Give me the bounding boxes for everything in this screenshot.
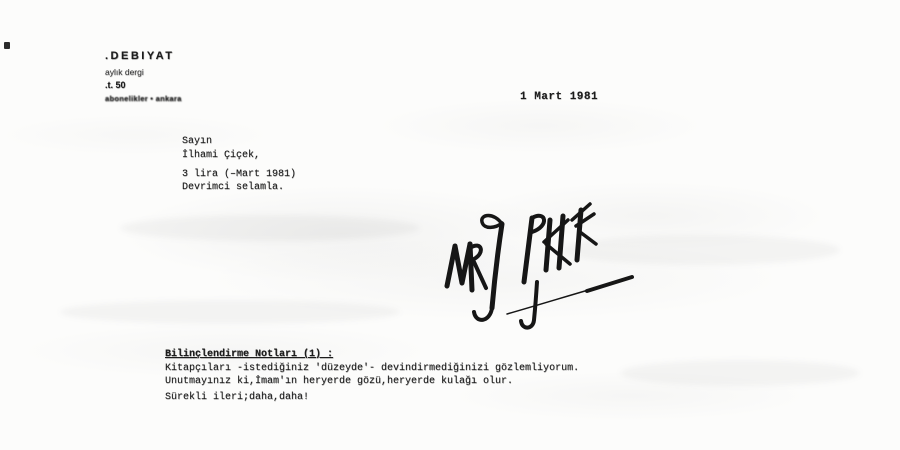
letterhead-subtitle: aylık dergi: [105, 68, 182, 77]
notes-line-2: Unutmayınız ki,İmam'ın heryerde gözü,her…: [165, 376, 579, 389]
letter-date: 1 Mart 1981: [520, 91, 598, 103]
letter-body: 3 lira (–Mart 1981) Devrimci selamla.: [182, 169, 296, 194]
notes-block: Bilinçlendirme Notları (1) : Kitapçıları…: [165, 349, 579, 405]
notes-line-3: Sürekli ileri;daha,daha!: [165, 392, 579, 405]
letterhead: .DEBIYAT aylık dergi .t. 50 abonelikler …: [105, 51, 182, 102]
scan-speck: [4, 42, 10, 49]
notes-line-1: Kitapçıları -istediğiniz 'düzeyde'- devi…: [165, 363, 579, 376]
notes-heading: Bilinçlendirme Notları (1) :: [165, 349, 579, 360]
letterhead-title: .DEBIYAT: [105, 51, 182, 62]
body-price-line: 3 lira (–Mart 1981): [182, 169, 296, 182]
scanned-letter-page: .DEBIYAT aylık dergi .t. 50 abonelikler …: [0, 0, 900, 450]
scan-smudge: [60, 300, 400, 324]
salutation-line: Sayın: [182, 135, 260, 149]
scan-smudge: [620, 360, 860, 386]
scan-smudge: [120, 215, 420, 241]
letterhead-address: abonelikler • ankara: [105, 95, 182, 103]
recipient-name: İlhami Çiçek,: [182, 149, 260, 163]
letterhead-price: .t. 50: [105, 81, 182, 90]
signature-scribble: [422, 190, 647, 338]
body-greeting-line: Devrimci selamla.: [182, 182, 296, 195]
salutation-block: Sayın İlhami Çiçek,: [182, 135, 260, 163]
